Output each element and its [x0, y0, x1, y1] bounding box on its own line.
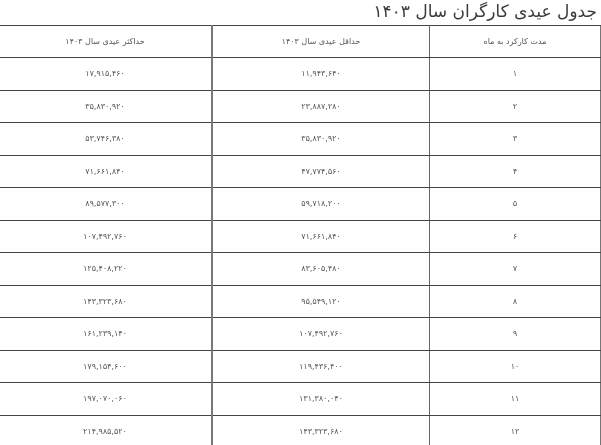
- header-months-worked: مدت کارکرد به ماه: [430, 26, 601, 58]
- page-title: جدول عیدی کارگران سال ۱۴۰۳: [373, 0, 597, 25]
- cell-min-bonus: ۴۷,۷۷۴,۵۶۰: [212, 155, 430, 188]
- cell-max-bonus: ۱۶۱,۲۳۹,۱۴۰: [0, 318, 212, 351]
- cell-min-bonus: ۱۴۳,۳۲۳,۶۸۰: [212, 415, 430, 445]
- cell-min-bonus: ۱۳۱,۳۸۰,۰۴۰: [212, 383, 430, 416]
- table-row: ۳ ۳۵,۸۳۰,۹۲۰ ۵۳,۷۴۶,۳۸۰: [0, 123, 601, 156]
- table-row: ۹ ۱۰۷,۴۹۲,۷۶۰ ۱۶۱,۲۳۹,۱۴۰: [0, 318, 601, 351]
- cell-months: ۱: [430, 58, 601, 91]
- cell-min-bonus: ۱۱,۹۴۳,۶۴۰: [212, 58, 430, 91]
- cell-max-bonus: ۸۹,۵۷۷,۳۰۰: [0, 188, 212, 221]
- table-header-row: مدت کارکرد به ماه حداقل عیدی سال ۱۴۰۳ حد…: [0, 26, 601, 58]
- cell-months: ۳: [430, 123, 601, 156]
- cell-max-bonus: ۷۱,۶۶۱,۸۴۰: [0, 155, 212, 188]
- cell-max-bonus: ۲۱۴,۹۸۵,۵۲۰: [0, 415, 212, 445]
- bonus-table: مدت کارکرد به ماه حداقل عیدی سال ۱۴۰۳ حد…: [0, 25, 601, 445]
- cell-max-bonus: ۱۰۷,۴۹۲,۷۶۰: [0, 220, 212, 253]
- cell-months: ۱۲: [430, 415, 601, 445]
- cell-min-bonus: ۸۳,۶۰۵,۴۸۰: [212, 253, 430, 286]
- header-max-bonus: حداکثر عیدی سال ۱۴۰۳: [0, 26, 212, 58]
- cell-min-bonus: ۳۵,۸۳۰,۹۲۰: [212, 123, 430, 156]
- cell-min-bonus: ۵۹,۷۱۸,۲۰۰: [212, 188, 430, 221]
- cell-months: ۵: [430, 188, 601, 221]
- table-row: ۱۰ ۱۱۹,۴۳۶,۴۰۰ ۱۷۹,۱۵۴,۶۰۰: [0, 350, 601, 383]
- cell-min-bonus: ۹۵,۵۴۹,۱۲۰: [212, 285, 430, 318]
- table-row: ۸ ۹۵,۵۴۹,۱۲۰ ۱۴۳,۳۲۳,۶۸۰: [0, 285, 601, 318]
- table-row: ۶ ۷۱,۶۶۱,۸۴۰ ۱۰۷,۴۹۲,۷۶۰: [0, 220, 601, 253]
- cell-max-bonus: ۱۴۳,۳۲۳,۶۸۰: [0, 285, 212, 318]
- table-row: ۴ ۴۷,۷۷۴,۵۶۰ ۷۱,۶۶۱,۸۴۰: [0, 155, 601, 188]
- cell-min-bonus: ۲۳,۸۸۷,۲۸۰: [212, 90, 430, 123]
- table-row: ۱۱ ۱۳۱,۳۸۰,۰۴۰ ۱۹۷,۰۷۰,۰۶۰: [0, 383, 601, 416]
- cell-months: ۸: [430, 285, 601, 318]
- cell-max-bonus: ۱۲۵,۴۰۸,۲۲۰: [0, 253, 212, 286]
- cell-months: ۱۰: [430, 350, 601, 383]
- cell-months: ۲: [430, 90, 601, 123]
- table-row: ۷ ۸۳,۶۰۵,۴۸۰ ۱۲۵,۴۰۸,۲۲۰: [0, 253, 601, 286]
- cell-months: ۴: [430, 155, 601, 188]
- cell-min-bonus: ۷۱,۶۶۱,۸۴۰: [212, 220, 430, 253]
- table-row: ۱۲ ۱۴۳,۳۲۳,۶۸۰ ۲۱۴,۹۸۵,۵۲۰: [0, 415, 601, 445]
- cell-max-bonus: ۱۷,۹۱۵,۴۶۰: [0, 58, 212, 91]
- table-row: ۱ ۱۱,۹۴۳,۶۴۰ ۱۷,۹۱۵,۴۶۰: [0, 58, 601, 91]
- cell-max-bonus: ۵۳,۷۴۶,۳۸۰: [0, 123, 212, 156]
- cell-months: ۷: [430, 253, 601, 286]
- table-row: ۲ ۲۳,۸۸۷,۲۸۰ ۳۵,۸۳۰,۹۲۰: [0, 90, 601, 123]
- table-row: ۵ ۵۹,۷۱۸,۲۰۰ ۸۹,۵۷۷,۳۰۰: [0, 188, 601, 221]
- cell-min-bonus: ۱۱۹,۴۳۶,۴۰۰: [212, 350, 430, 383]
- header-min-bonus: حداقل عیدی سال ۱۴۰۳: [212, 26, 430, 58]
- cell-min-bonus: ۱۰۷,۴۹۲,۷۶۰: [212, 318, 430, 351]
- cell-months: ۶: [430, 220, 601, 253]
- cell-months: ۹: [430, 318, 601, 351]
- cell-max-bonus: ۳۵,۸۳۰,۹۲۰: [0, 90, 212, 123]
- cell-max-bonus: ۱۹۷,۰۷۰,۰۶۰: [0, 383, 212, 416]
- cell-months: ۱۱: [430, 383, 601, 416]
- cell-max-bonus: ۱۷۹,۱۵۴,۶۰۰: [0, 350, 212, 383]
